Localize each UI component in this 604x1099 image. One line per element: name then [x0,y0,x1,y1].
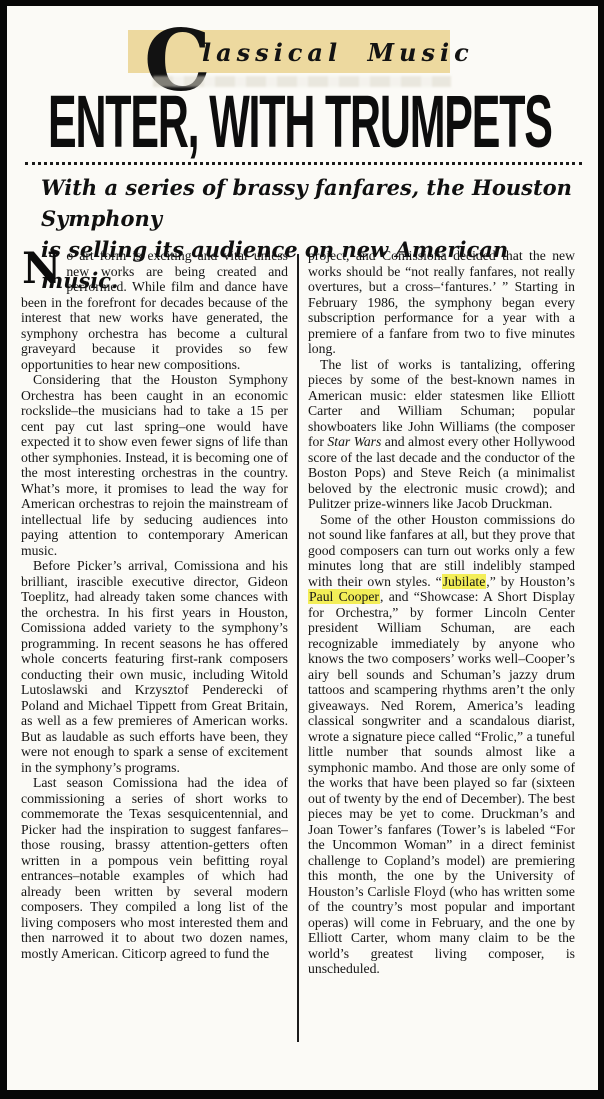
column-rule [297,254,299,1042]
article-body: No art form is exciting and vital unless… [21,248,579,1054]
paragraph: Before Picker’s arrival, Comissiona and … [21,558,288,775]
paragraph: The list of works is tantalizing, offeri… [308,357,575,512]
left-column: No art form is exciting and vital unless… [21,248,288,1054]
text-segment: ,” by Houston’s [486,574,575,589]
section-title: lassical Music [202,38,474,67]
magazine-page: C lassical Music ENTER, WITH TRUMPETS Wi… [0,0,604,1099]
text-segment: project, and Comissiona decided that the… [308,248,575,356]
dotted-divider [25,162,582,165]
section-banner: C lassical Music [128,30,450,73]
paragraph: Some of the other Houston commissions do… [308,512,575,977]
deck-line: With a series of brassy fanfares, the Ho… [41,172,586,234]
highlighted-text: Jubilate [442,574,487,589]
italic-text: Star Wars [327,434,381,449]
paragraph: Last season Comissiona had the idea of c… [21,775,288,961]
text-segment: Last season Comissiona had the idea of c… [21,775,288,961]
text-segment: Considering that the Houston Symphony Or… [21,372,288,558]
highlighted-text: Paul Cooper [308,589,380,604]
article-headline: ENTER, WITH TRUMPETS [48,90,552,154]
text-segment: , and “Showcase: A Short Display for Orc… [308,589,575,976]
paragraph: No art form is exciting and vital unless… [21,248,288,372]
paragraph: project, and Comissiona decided that the… [308,248,575,357]
text-segment: Before Picker’s arrival, Comissiona and … [21,558,288,775]
drop-cap: N [21,248,66,288]
paragraph: Considering that the Houston Symphony Or… [21,372,288,558]
right-column: project, and Comissiona decided that the… [308,248,575,1054]
